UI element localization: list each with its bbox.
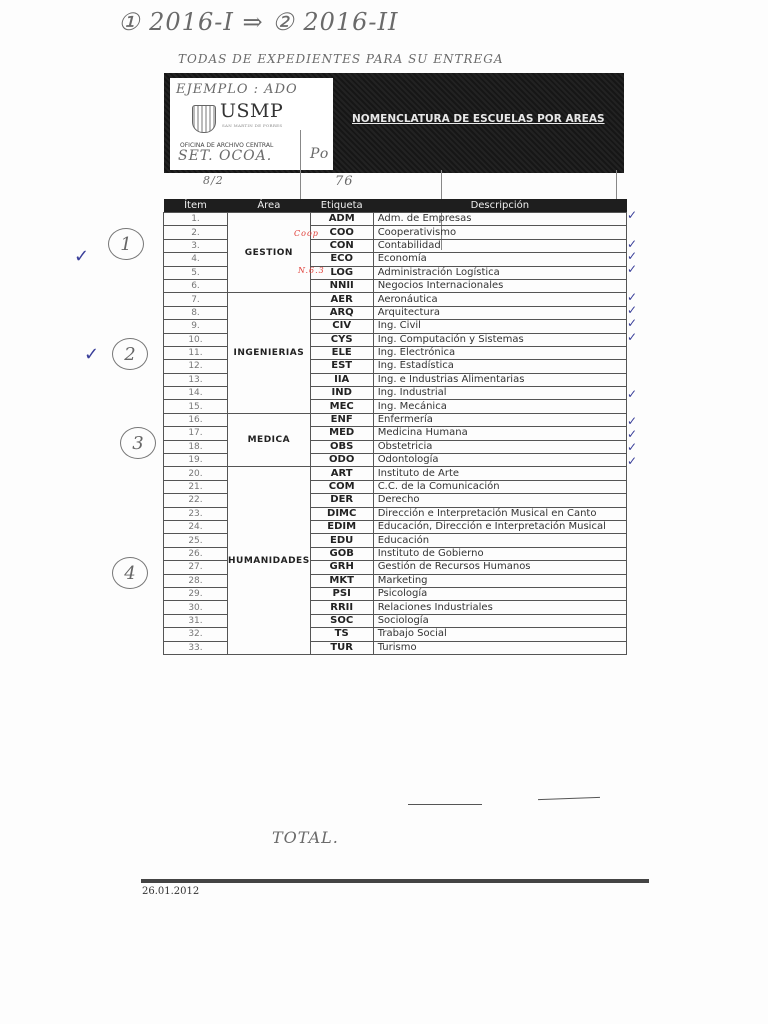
item-number: 32. — [164, 628, 228, 641]
school-description: Trabajo Social — [373, 628, 626, 641]
school-description: Ing. Mecánica — [373, 400, 626, 413]
check-mark-icon: ✓ — [627, 316, 637, 330]
school-description: Ing. Electrónica — [373, 346, 626, 359]
school-tag: EDU — [310, 534, 373, 547]
school-description: Medicina Humana — [373, 427, 626, 440]
school-tag: CON — [310, 239, 373, 252]
school-description: Dirección e Interpretación Musical en Ca… — [373, 507, 626, 520]
school-tag: CIV — [310, 320, 373, 333]
item-number: 33. — [164, 641, 228, 654]
school-description: Instituto de Gobierno — [373, 547, 626, 560]
handwritten-total-note: TOTAL. — [272, 828, 339, 847]
check-mark-icon: ✓ — [627, 208, 637, 222]
school-tag: ECO — [310, 253, 373, 266]
item-number: 1. — [164, 213, 228, 226]
check-mark-icon: ✓ — [627, 330, 637, 344]
check-mark-icon: ✓ — [627, 387, 637, 401]
check-mark-icon: ✓ — [627, 303, 637, 317]
table-row: 7.INGENIERIASAERAeronáutica — [164, 293, 627, 306]
red-annotation-log: N.6.3 — [298, 266, 325, 275]
table-row: 16.MEDICAENFEnfermería — [164, 413, 627, 426]
school-description: Ing. e Industrias Alimentarias — [373, 373, 626, 386]
pen-stroke — [408, 804, 482, 805]
school-description: Educación — [373, 534, 626, 547]
school-description: Instituto de Arte — [373, 467, 626, 480]
check-mark-icon: ✓ — [627, 249, 637, 263]
area-name: INGENIERIAS — [228, 293, 311, 414]
section-marker-1: 1 — [108, 228, 144, 260]
item-number: 6. — [164, 279, 228, 292]
school-description: Arquitectura — [373, 306, 626, 319]
school-tag: IIA — [310, 373, 373, 386]
school-description: Contabilidad — [373, 239, 626, 252]
school-tag: ELE — [310, 346, 373, 359]
handwritten-logo-note: EJEMPLO : ADO — [176, 82, 298, 97]
check-mark-icon: ✓ — [84, 344, 99, 365]
school-tag: ADM — [310, 213, 373, 226]
school-description: Administración Logística — [373, 266, 626, 279]
pen-stroke — [616, 170, 617, 200]
red-annotation-coo: Coop — [294, 229, 319, 238]
school-tag: MEC — [310, 400, 373, 413]
school-description: Derecho — [373, 494, 626, 507]
school-tag: COO — [310, 226, 373, 239]
item-number: 31. — [164, 614, 228, 627]
check-mark-icon: ✓ — [627, 262, 637, 276]
school-description: Enfermería — [373, 413, 626, 426]
school-tag: DIMC — [310, 507, 373, 520]
footer-date: 26.01.2012 — [142, 886, 199, 897]
table-row: 1.GESTIONADMAdm. de Empresas — [164, 213, 627, 226]
school-description: Ing. Estadística — [373, 360, 626, 373]
item-number: 16. — [164, 413, 228, 426]
handwritten-item-note: 8/2 — [203, 174, 224, 187]
nomenclature-table: Ítem Área Etiqueta Descripción 1.GESTION… — [163, 199, 627, 655]
school-description: Economía — [373, 253, 626, 266]
item-number: 8. — [164, 306, 228, 319]
check-mark-icon: ✓ — [627, 414, 637, 428]
check-mark-icon: ✓ — [627, 440, 637, 454]
item-number: 13. — [164, 373, 228, 386]
school-description: Relaciones Industriales — [373, 601, 626, 614]
item-number: 24. — [164, 520, 228, 533]
school-description: Educación, Dirección e Interpretación Mu… — [373, 520, 626, 533]
school-tag: GOB — [310, 547, 373, 560]
school-description: Cooperativismo — [373, 226, 626, 239]
school-tag: NNII — [310, 279, 373, 292]
pen-stroke — [538, 797, 600, 800]
item-number: 22. — [164, 494, 228, 507]
school-tag: COM — [310, 480, 373, 493]
handwritten-office-note: SET. OCOA. — [178, 148, 272, 164]
item-number: 9. — [164, 320, 228, 333]
section-marker-2: 2 — [112, 338, 148, 370]
item-number: 30. — [164, 601, 228, 614]
school-description: Gestión de Recursos Humanos — [373, 561, 626, 574]
university-crest-icon — [192, 105, 216, 133]
school-description: Negocios Internacionales — [373, 279, 626, 292]
item-number: 26. — [164, 547, 228, 560]
item-number: 2. — [164, 226, 228, 239]
school-description: Turismo — [373, 641, 626, 654]
section-marker-4: 4 — [112, 557, 148, 589]
school-tag: RRII — [310, 601, 373, 614]
check-mark-icon: ✓ — [627, 290, 637, 304]
column-header-area: Área — [228, 199, 311, 213]
school-tag: SOC — [310, 614, 373, 627]
footer-rule — [141, 879, 649, 883]
item-number: 4. — [164, 253, 228, 266]
item-number: 21. — [164, 480, 228, 493]
check-mark-icon: ✓ — [627, 454, 637, 468]
document-title: NOMENCLATURA DE ESCUELAS POR AREAS — [352, 113, 605, 125]
school-description: Adm. de Empresas — [373, 213, 626, 226]
column-header-tag: Etiqueta — [310, 199, 373, 213]
school-tag: TUR — [310, 641, 373, 654]
school-tag: ODO — [310, 454, 373, 467]
school-description: Odontología — [373, 454, 626, 467]
school-tag: DER — [310, 494, 373, 507]
area-name: HUMANIDADES — [228, 467, 311, 654]
school-description: Ing. Industrial — [373, 387, 626, 400]
column-header-item: Ítem — [164, 199, 228, 213]
logo-name: USMP — [220, 100, 283, 122]
school-tag: OBS — [310, 440, 373, 453]
document-header: EJEMPLO : ADO USMP SAN MARTIN DE PORRES … — [164, 73, 624, 173]
school-tag: MKT — [310, 574, 373, 587]
table-header-row: Ítem Área Etiqueta Descripción — [164, 199, 627, 213]
school-tag: ART — [310, 467, 373, 480]
table-row: 20.HUMANIDADESARTInstituto de Arte — [164, 467, 627, 480]
logo-box: EJEMPLO : ADO USMP SAN MARTIN DE PORRES … — [170, 78, 333, 170]
school-description: Ing. Computación y Sistemas — [373, 333, 626, 346]
item-number: 5. — [164, 266, 228, 279]
school-description: Psicología — [373, 587, 626, 600]
pen-stroke — [300, 130, 301, 210]
check-mark-icon: ✓ — [627, 427, 637, 441]
logo-subtitle: SAN MARTIN DE PORRES — [222, 123, 282, 128]
item-number: 3. — [164, 239, 228, 252]
item-number: 28. — [164, 574, 228, 587]
school-description: Aeronáutica — [373, 293, 626, 306]
school-tag: EDIM — [310, 520, 373, 533]
section-marker-3: 3 — [120, 427, 156, 459]
area-name: MEDICA — [228, 413, 311, 467]
handwritten-office-note-2: Po — [310, 146, 329, 162]
item-number: 18. — [164, 440, 228, 453]
check-mark-icon: ✓ — [74, 246, 89, 267]
item-number: 17. — [164, 427, 228, 440]
school-tag: PSI — [310, 587, 373, 600]
item-number: 20. — [164, 467, 228, 480]
school-tag: ARQ — [310, 306, 373, 319]
school-description: Marketing — [373, 574, 626, 587]
item-number: 12. — [164, 360, 228, 373]
area-name: GESTION — [228, 213, 311, 293]
item-number: 14. — [164, 387, 228, 400]
column-header-description: Descripción — [373, 199, 626, 213]
item-number: 19. — [164, 454, 228, 467]
school-tag: IND — [310, 387, 373, 400]
handwritten-tag-note: 76 — [335, 174, 354, 189]
school-tag: CYS — [310, 333, 373, 346]
school-description: Ing. Civil — [373, 320, 626, 333]
school-description: Obstetricia — [373, 440, 626, 453]
item-number: 25. — [164, 534, 228, 547]
item-number: 29. — [164, 587, 228, 600]
item-number: 23. — [164, 507, 228, 520]
school-description: C.C. de la Comunicación — [373, 480, 626, 493]
item-number: 10. — [164, 333, 228, 346]
school-tag: MED — [310, 427, 373, 440]
school-tag: AER — [310, 293, 373, 306]
school-tag: GRH — [310, 561, 373, 574]
school-tag: TS — [310, 628, 373, 641]
school-tag: EST — [310, 360, 373, 373]
school-description: Sociología — [373, 614, 626, 627]
handwritten-subtitle-note: TODAS DE EXPEDIENTES PARA SU ENTREGA — [178, 52, 504, 66]
school-tag: ENF — [310, 413, 373, 426]
item-number: 11. — [164, 346, 228, 359]
item-number: 15. — [164, 400, 228, 413]
item-number: 7. — [164, 293, 228, 306]
handwritten-period-note: ① 2016-I ⇒ ② 2016-II — [118, 8, 398, 36]
item-number: 27. — [164, 561, 228, 574]
